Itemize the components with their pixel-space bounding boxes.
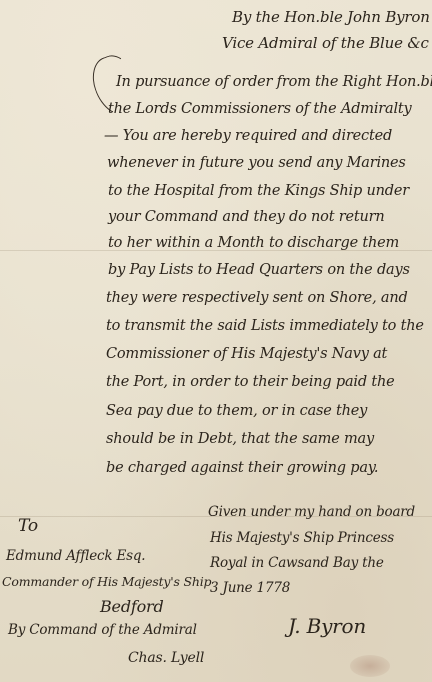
by-command: By Command of the Admiral — [8, 622, 197, 638]
addressee-title: Commander of His Majesty's Ship — [2, 574, 211, 589]
body-line: Sea pay due to them, or in case they — [106, 403, 367, 419]
body-line: to her within a Month to discharge them — [108, 235, 399, 251]
addressee-ship: Bedford — [100, 597, 164, 616]
addressee-name: Edmund Affleck Esq. — [6, 548, 145, 564]
document-page: By the Hon.ble John Byron Vice Admiral o… — [0, 0, 432, 682]
body-line: whenever in future you send any Marines — [107, 155, 406, 171]
heading-line-2: Vice Admiral of the Blue &c &c — [222, 34, 432, 52]
addressee-to: To — [18, 516, 38, 536]
body-line: to the Hospital from the Kings Ship unde… — [108, 183, 409, 199]
body-line: the Lords Commissioners of the Admiralty — [108, 101, 412, 117]
body-line: they were respectively sent on Shore, an… — [106, 290, 408, 306]
given-line: Royal in Cawsand Bay the — [210, 555, 384, 571]
heading-line-1: By the Hon.ble John Byron — [232, 8, 430, 26]
given-date: 3 June 1778 — [210, 580, 290, 596]
body-line: should be in Debt, that the same may — [106, 431, 374, 447]
admiral-signature: J. Byron — [288, 614, 366, 638]
given-line: His Majesty's Ship Princess — [210, 530, 394, 546]
paper-stain — [350, 655, 390, 677]
body-line: be charged against their growing pay. — [106, 460, 378, 476]
body-line: your Command and they do not return — [108, 209, 385, 225]
body-line: — You are hereby required and directed — [104, 128, 392, 144]
secretary-signature: Chas. Lyell — [128, 650, 204, 666]
body-line: to transmit the said Lists immediately t… — [106, 318, 424, 334]
body-line: In pursuance of order from the Right Hon… — [116, 74, 432, 90]
body-line: the Port, in order to their being paid t… — [106, 374, 395, 390]
body-line: Commissioner of His Majesty's Navy at — [106, 346, 387, 362]
given-line: Given under my hand on board — [208, 504, 415, 520]
body-line: by Pay Lists to Head Quarters on the day… — [108, 262, 410, 278]
